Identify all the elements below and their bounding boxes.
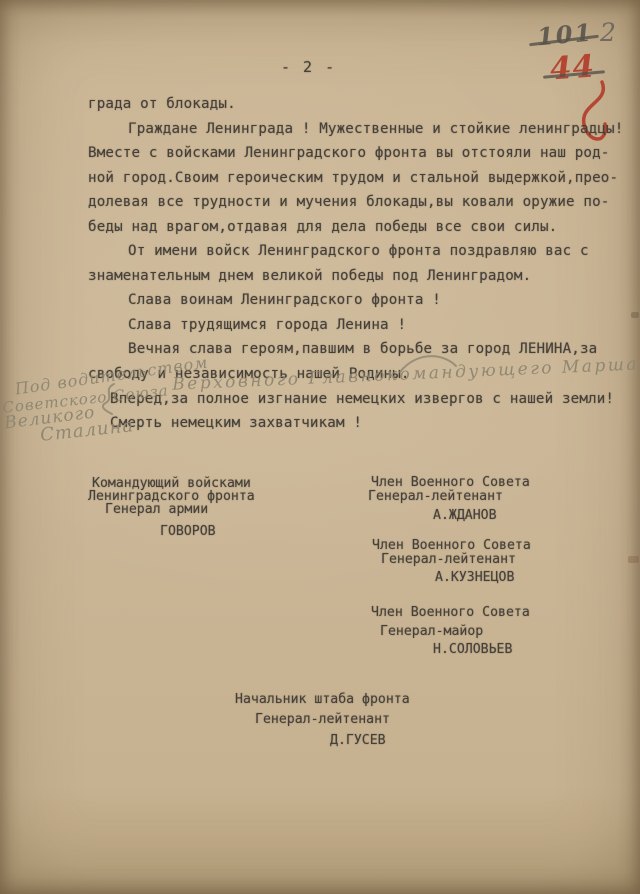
signature-rank-line: Генерал-лейтенант xyxy=(368,490,530,504)
signature-block-member-soloviev: Член Военного Совета Генерал-майор Н.СОЛ… xyxy=(368,604,530,660)
signature-title-line: Начальник штаба фронта xyxy=(232,690,410,710)
signature-name: А.ЖДАНОВ xyxy=(368,509,530,523)
pencil-page-number: 2 xyxy=(600,18,616,47)
pencil-brace-mark xyxy=(98,382,120,416)
typed-line: Слава трудящимся города Ленина ! xyxy=(88,313,640,338)
document-page: - 2 - 101 2 44 града от блокады. Граждан… xyxy=(0,0,640,894)
signature-name: Д.ГУСЕВ xyxy=(232,731,410,751)
signature-block-chief-of-staff: Начальник штаба фронта Генерал-лейтенант… xyxy=(232,690,410,751)
signature-title-line: Член Военного Совета xyxy=(368,604,530,623)
typed-line: знаменательным днем великой победы под Л… xyxy=(88,264,640,289)
signature-title-line: Член Военного Совета xyxy=(368,476,530,490)
signature-rank-line: Генерал-лейтенант xyxy=(232,710,410,730)
typed-line: Слава воинам Ленинградского фронта ! xyxy=(88,288,640,313)
typed-line: града от блокады. xyxy=(88,92,640,117)
signature-name: А.КУЗНЕЦОВ xyxy=(369,571,531,585)
scan-artifact xyxy=(631,312,639,318)
signature-name: Н.СОЛОВЬЕВ xyxy=(368,641,530,660)
signature-title-line: Член Военного Совета xyxy=(369,539,531,553)
signature-name: ГОВОРОВ xyxy=(88,525,255,538)
signature-rank-line: Генерал-майор xyxy=(368,623,530,642)
typed-line: Вместе с войсками Ленинградского фронта … xyxy=(88,141,640,166)
page-number: - 2 - xyxy=(281,58,336,76)
signature-block-member-zhdanov: Член Военного Совета Генерал-лейтенант А… xyxy=(368,476,530,523)
typed-line: Граждане Ленинграда ! Мужественные и сто… xyxy=(88,117,640,142)
typed-line: Смерть немецким захватчикам ! xyxy=(88,411,640,436)
signature-rank-line: Генерал-лейтенант xyxy=(369,553,531,567)
typed-line: Вперед,за полное изгнание немецких извер… xyxy=(88,387,640,412)
typed-line: долевая все трудности и мучения блокады,… xyxy=(88,190,640,215)
typed-line: От имени войск Ленинградского фронта поз… xyxy=(88,239,640,264)
signature-block-member-kuznetsov: Член Военного Совета Генерал-лейтенант А… xyxy=(369,539,531,585)
scan-artifact xyxy=(628,556,639,563)
typed-line: беды над врагом,отдавая для дела победы … xyxy=(88,215,640,240)
signature-block-commander: Командующий войсками Ленинградского фрон… xyxy=(88,477,255,538)
typed-line: ной город.Своим героическим трудом и ста… xyxy=(88,166,640,191)
signature-rank-line: Генерал армии xyxy=(88,503,255,516)
crossed-out-folio-number: 101 xyxy=(536,18,594,52)
